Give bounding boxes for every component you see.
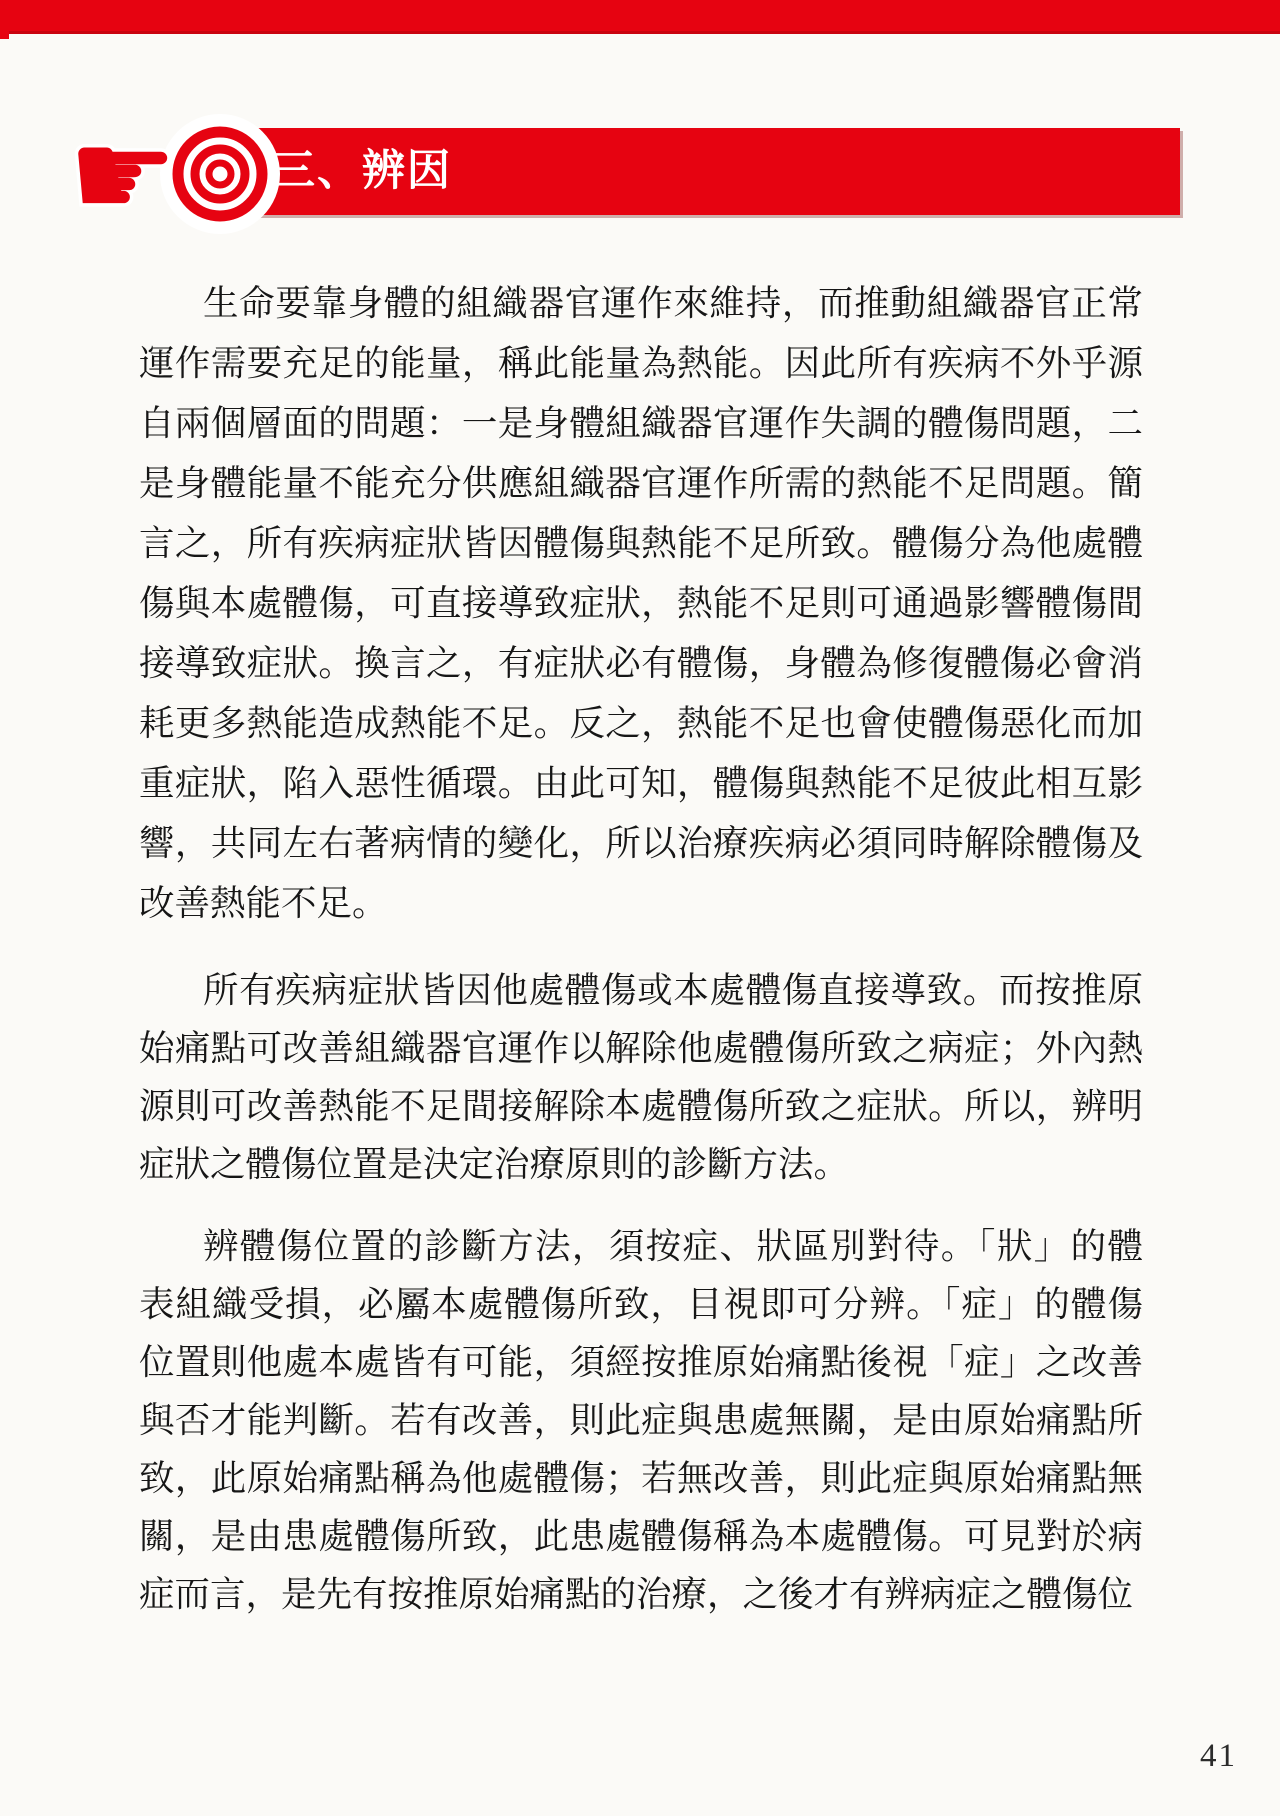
text-line: 接導致症狀。換言之，有症狀必有體傷，身體為修復體傷必會消 xyxy=(139,633,1143,693)
text-line: 響，共同左右著病情的變化，所以治療疾病必須同時解除體傷及 xyxy=(139,813,1143,873)
text-line: 重症狀，陷入惡性循環。由此可知，體傷與熱能不足彼此相互影 xyxy=(139,753,1143,813)
chapter-banner: 三、辨因 xyxy=(218,128,1180,215)
text-line: 位置則他處本處皆有可能，須經按推原始痛點後視「症」之改善 xyxy=(139,1333,1143,1391)
top-left-red-tab xyxy=(0,0,9,39)
text-line: 始痛點可改善組織器官運作以解除他處體傷所致之病症；外內熱 xyxy=(139,1019,1143,1077)
text-line: 症狀之體傷位置是決定治療原則的診斷方法。 xyxy=(139,1135,1143,1193)
paragraph: 辨體傷位置的診斷方法，須按症、狀區別對待。「狀」的體表組織受損，必屬本處體傷所致… xyxy=(139,1217,1143,1623)
chapter-title: 三、辨因 xyxy=(272,128,452,215)
text-line: 是身體能量不能充分供應組織器官運作所需的熱能不足問題。簡 xyxy=(139,453,1143,513)
text-line: 源則可改善熱能不足間接解除本處體傷所致之症狀。所以，辨明 xyxy=(139,1077,1143,1135)
text-line: 運作需要充足的能量，稱此能量為熱能。因此所有疾病不外乎源 xyxy=(139,333,1143,393)
pointing-hand-glyph: ☛ xyxy=(68,104,177,246)
paragraph: 生命要靠身體的組織器官運作來維持，而推動組織器官正常運作需要充足的能量，稱此能量… xyxy=(139,273,1143,933)
text-line: 辨體傷位置的診斷方法，須按症、狀區別對待。「狀」的體 xyxy=(139,1217,1143,1275)
text-line: 表組織受損，必屬本處體傷所致，目視即可分辨。「症」的體傷 xyxy=(139,1275,1143,1333)
text-line: 所有疾病症狀皆因他處體傷或本處體傷直接導致。而按推原 xyxy=(139,961,1143,1019)
text-line: 與否才能判斷。若有改善，則此症與患處無關，是由原始痛點所 xyxy=(139,1391,1143,1449)
text-line: 致，此原始痛點稱為他處體傷；若無改善，則此症與原始痛點無 xyxy=(139,1449,1143,1507)
pointing-hand-target-icon: ☛ xyxy=(58,98,293,248)
text-line: 生命要靠身體的組織器官運作來維持，而推動組織器官正常 xyxy=(139,273,1143,333)
book-page: { "page": { "background": "#fbfaf7", "ac… xyxy=(0,0,1280,1816)
page-number: 41 xyxy=(1200,1738,1260,1775)
text-line: 傷與本處體傷，可直接導致症狀，熱能不足則可通過影響體傷間 xyxy=(139,573,1143,633)
top-red-bar xyxy=(0,0,1280,34)
text-line: 自兩個層面的問題：一是身體組織器官運作失調的體傷問題，二 xyxy=(139,393,1143,453)
text-line: 症而言，是先有按推原始痛點的治療，之後才有辨病症之體傷位 xyxy=(139,1565,1143,1623)
text-line: 言之，所有疾病症狀皆因體傷與熱能不足所致。體傷分為他處體 xyxy=(139,513,1143,573)
text-line: 改善熱能不足。 xyxy=(139,873,1143,933)
text-line: 耗更多熱能造成熱能不足。反之，熱能不足也會使體傷惡化而加 xyxy=(139,693,1143,753)
text-line: 關，是由患處體傷所致，此患處體傷稱為本處體傷。可見對於病 xyxy=(139,1507,1143,1565)
body-text: 生命要靠身體的組織器官運作來維持，而推動組織器官正常運作需要充足的能量，稱此能量… xyxy=(139,273,1143,1623)
paragraph: 所有疾病症狀皆因他處體傷或本處體傷直接導致。而按推原始痛點可改善組織器官運作以解… xyxy=(139,961,1143,1193)
